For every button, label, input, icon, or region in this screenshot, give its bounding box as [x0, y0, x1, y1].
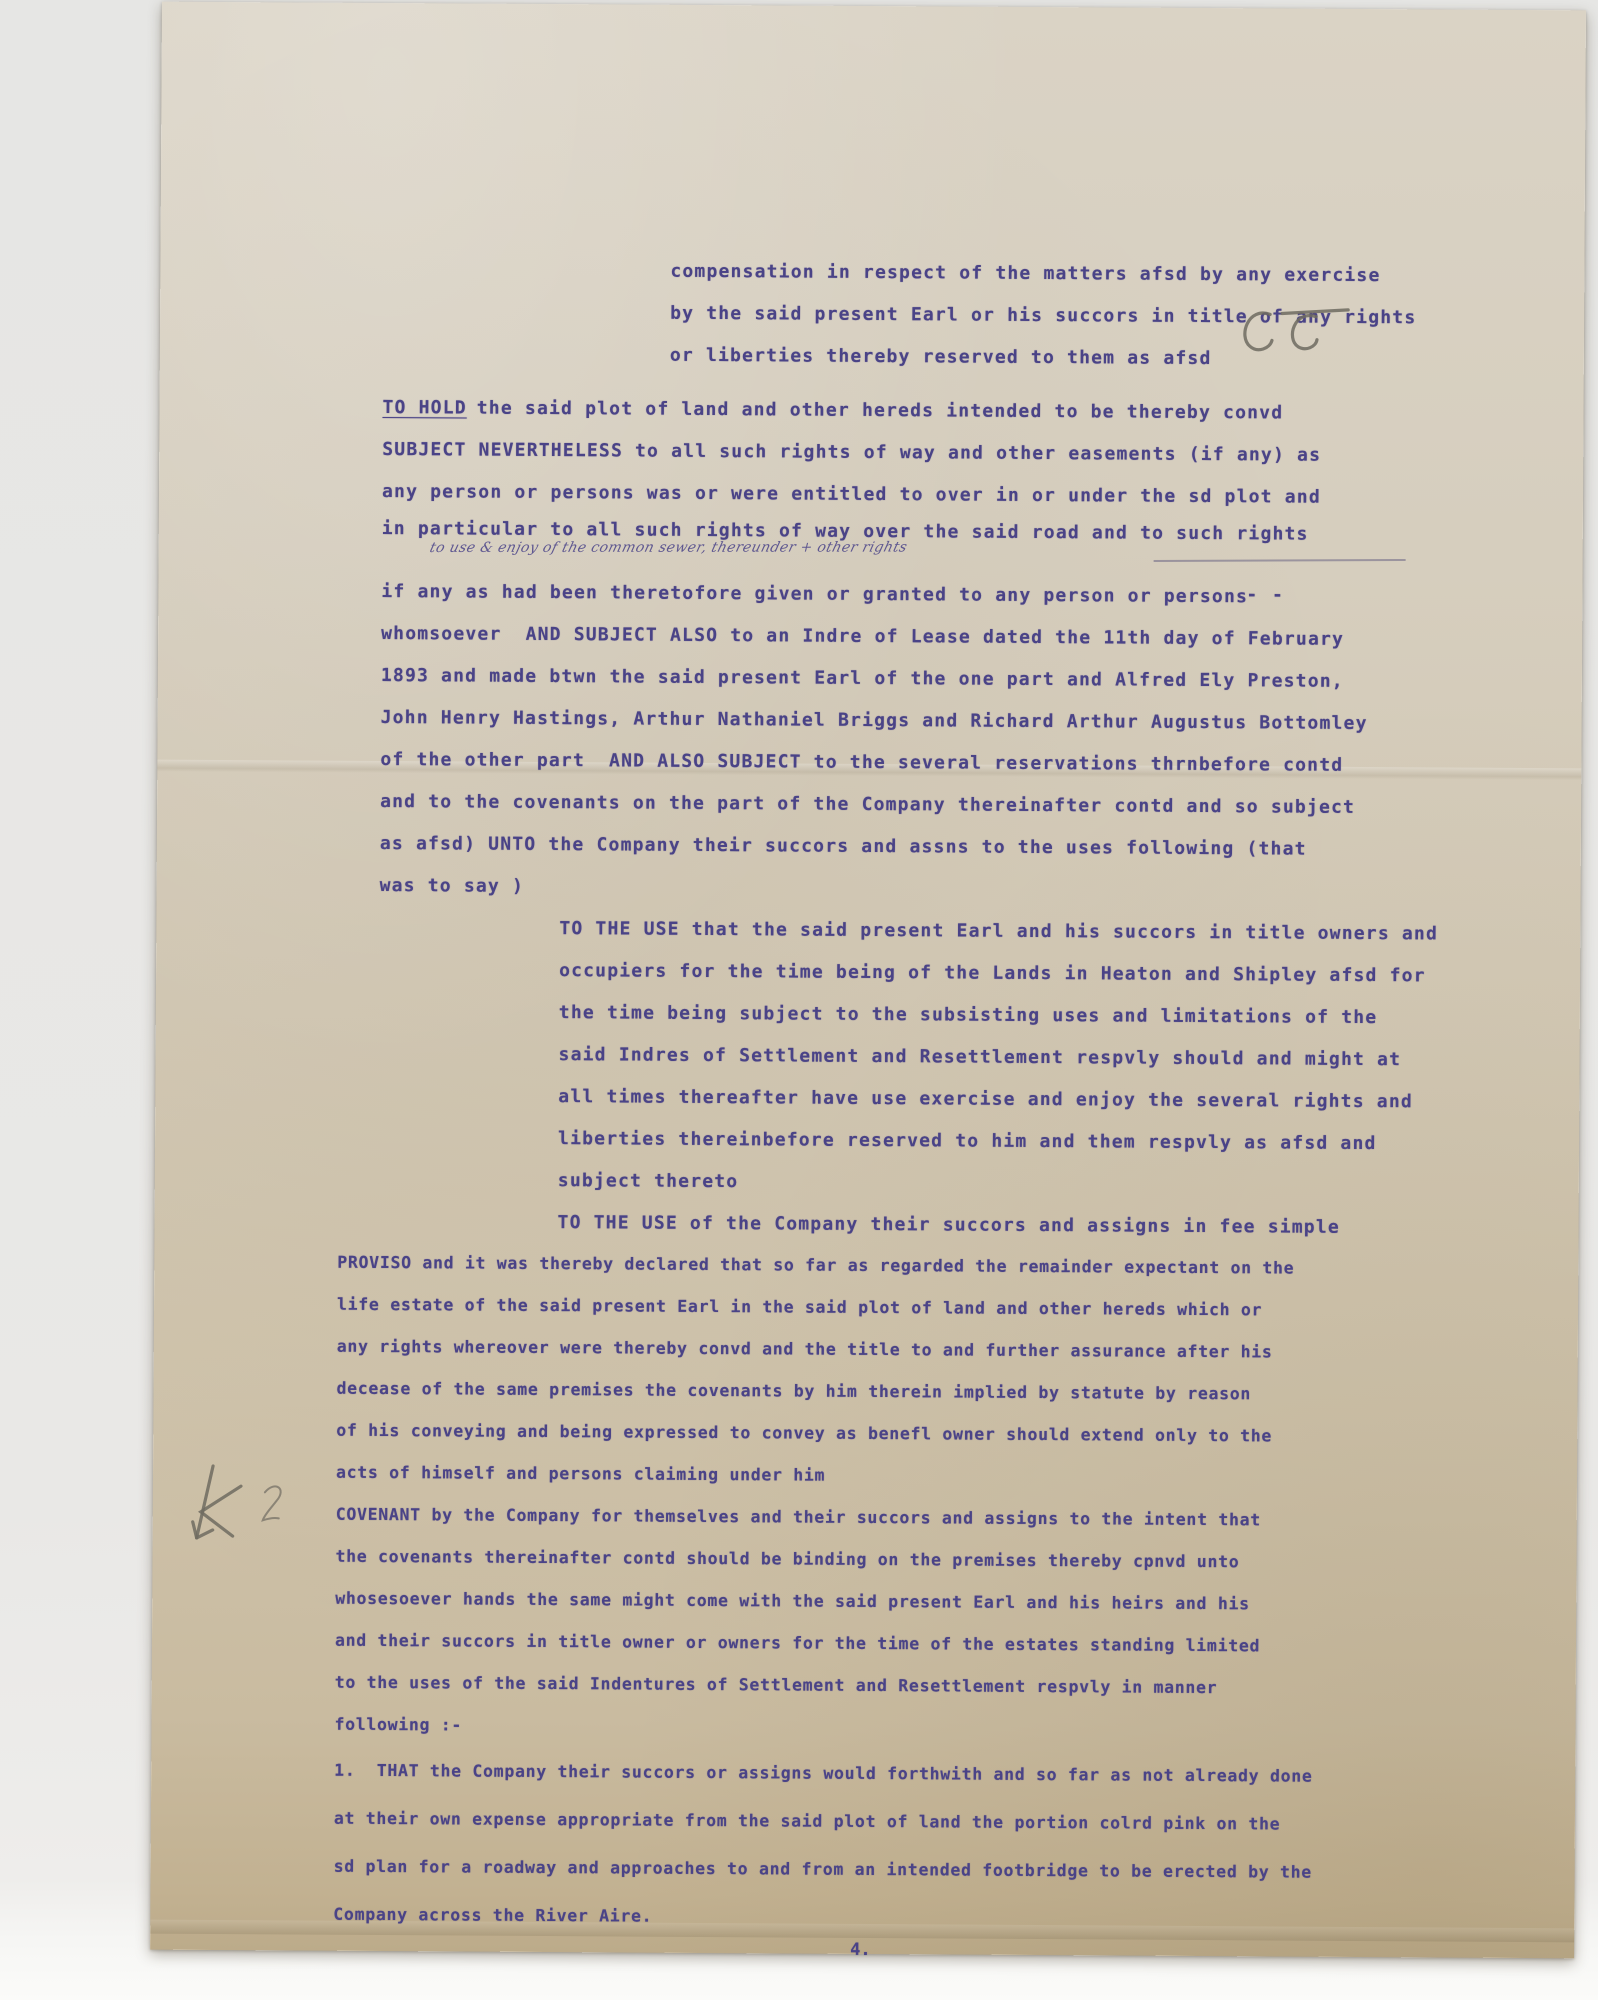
typed-line: whosesoever hands the same might come wi…	[335, 1589, 1250, 1614]
typed-line: Company across the River Aire.	[333, 1905, 652, 1926]
handwritten-interlineation: to use & enjoy of the common sewer, ther…	[428, 539, 1193, 556]
typed-line: following :-	[334, 1715, 462, 1735]
typed-line: whomsoever AND SUBJECT ALSO to an Indre …	[381, 623, 1344, 650]
typed-line: to the uses of the said Indentures of Se…	[335, 1673, 1218, 1697]
typed-line: was to say )	[380, 875, 525, 897]
double-reversed-c-pencil-mark-icon	[1236, 302, 1354, 359]
to-hold-line: TO HOLDthe said plot of land and other h…	[382, 397, 1283, 424]
typed-line: any rights whereover were thereby convd …	[337, 1337, 1273, 1362]
pencil-dashes: - -	[1246, 584, 1285, 605]
typed-line: acts of himself and persons claiming und…	[336, 1463, 825, 1485]
typed-line: 1893 and made btwn the said present Earl…	[381, 665, 1344, 692]
proviso-line: PROVISO and it was thereby declared that…	[337, 1253, 1294, 1278]
typed-line: all times thereafter have use exercise a…	[558, 1086, 1413, 1112]
typed-line: at their own expense appropriate from th…	[334, 1809, 1281, 1834]
typed-line: any person or persons was or were entitl…	[382, 481, 1321, 508]
typed-line: occupiers for the time being of the Land…	[559, 960, 1426, 986]
typed-line: life estate of the said present Earl in …	[337, 1295, 1262, 1320]
typed-line: decease of the same premises the covenan…	[336, 1379, 1251, 1404]
typed-line: or liberties thereby reserved to them as…	[670, 345, 1212, 369]
typed-line: of his conveying and being expressed to …	[336, 1421, 1272, 1446]
typed-line: said Indres of Settlement and Resettleme…	[559, 1044, 1402, 1070]
typed-line: the covenants thereinafter contd should …	[335, 1547, 1239, 1572]
handwritten-rule	[1154, 559, 1406, 562]
typed-line: and their succors in title owner or owne…	[335, 1631, 1260, 1656]
clause-1-line: 1. THAT the Company their succors or ass…	[334, 1761, 1312, 1786]
typed-line: the time being subject to the subsisting…	[559, 1002, 1378, 1028]
typed-line: liberties thereinbefore reserved to him …	[558, 1128, 1377, 1154]
page-number: 4.	[850, 1940, 871, 1960]
to-hold-rest: the said plot of land and other hereds i…	[477, 398, 1284, 424]
to-the-use-line: TO THE USE that the said present Earl an…	[559, 918, 1438, 944]
k-arrow-pencil-mark-icon	[178, 1460, 299, 1571]
covenant-line: COVENANT by the Company for themselves a…	[336, 1505, 1261, 1530]
typed-line: John Henry Hastings, Arthur Nathaniel Br…	[381, 707, 1368, 734]
typed-line: of the other part AND ALSO SUBJECT to th…	[380, 749, 1343, 776]
typed-line: SUBJECT NEVERTHELESS to all such rights …	[382, 439, 1321, 466]
typed-line: as afsd) UNTO the Company their succors …	[380, 833, 1307, 860]
typed-line: and to the covenants on the part of the …	[380, 791, 1355, 818]
document-page: compensation in respect of the matters a…	[150, 2, 1586, 1959]
typed-line: TO THE USE of the Company their succors …	[557, 1212, 1340, 1238]
typed-line: compensation in respect of the matters a…	[670, 261, 1380, 286]
photo-background: { "document": { "description": "Typewrit…	[0, 0, 1598, 2000]
typed-line: subject thereto	[558, 1170, 739, 1192]
to-hold-heading: TO HOLD	[382, 397, 476, 419]
typed-line: sd plan for a roadway and approaches to …	[334, 1857, 1312, 1882]
typed-line: if any as had been theretofore given or …	[381, 581, 1248, 607]
